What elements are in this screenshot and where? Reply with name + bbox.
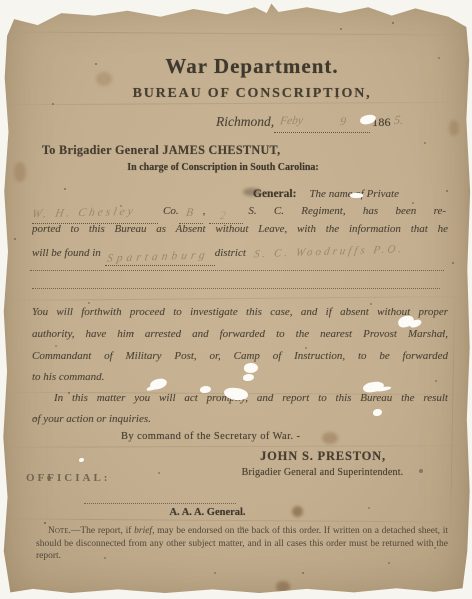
found-in-line: will be found in Spartanburg district S.…: [32, 242, 446, 269]
handwritten-year: 5.: [393, 113, 404, 128]
company-label: Co.: [163, 205, 179, 217]
aaa-general-line: A. A. A. General.: [145, 507, 270, 518]
regiment-text: S. C. Regiment, has been re-: [248, 205, 446, 217]
blank-rule: [30, 270, 444, 271]
crease-line: [0, 518, 472, 522]
note-text-pre: —The report, if: [71, 526, 134, 536]
handwritten-month: Feby: [279, 115, 304, 128]
reported-line: ported to this Bureau as Absent without …: [32, 223, 448, 241]
note-paragraph: Note.—The report, if brief, may be endor…: [36, 525, 448, 563]
official-label: OFFICIAL:: [26, 472, 110, 484]
salutation: General:: [253, 188, 296, 200]
damage-spot: [350, 193, 363, 198]
crease-line: [0, 445, 472, 448]
district-fill: Spartanburg: [105, 261, 215, 266]
note-label: Note.: [48, 526, 71, 536]
crease-line: [0, 31, 472, 35]
place-label: Richmond,: [216, 114, 274, 130]
paper-specks: [0, 0, 2, 2]
stain: [276, 581, 290, 593]
crease-line: [0, 296, 472, 301]
damage-spot: [79, 458, 84, 462]
closing-line: In this matter you will act promptly, an…: [54, 392, 448, 410]
charge-line: In charge of Conscription in South Carol…: [0, 162, 446, 173]
crease-line: [0, 102, 472, 105]
document-title: War Department.: [40, 54, 464, 79]
stain: [292, 506, 303, 517]
handwritten-district: Spartanburg: [106, 249, 209, 265]
by-command-line: By command of the Secretary of War. -: [121, 431, 300, 442]
body-line: Commandant of Military Post, or, Camp of…: [32, 350, 448, 368]
stain: [322, 432, 338, 444]
crease-line-vertical: [450, 290, 455, 540]
stain: [449, 120, 459, 136]
handwritten-day: 9: [339, 116, 346, 128]
bureau-subtitle: BUREAU OF CONSCRIPTION,: [40, 86, 464, 102]
signer-title: Brigadier General and Superintendent.: [230, 467, 415, 478]
closing-line: of your action or inquiries.: [32, 413, 448, 431]
date-fill-line: Feby 9: [274, 128, 370, 133]
handwritten-regiment: 2: [219, 210, 226, 222]
handwritten-post-office: S. C. Woodruffs P.O.: [253, 242, 447, 261]
body-line: to his command.: [32, 371, 448, 389]
handwritten-name: W. H. Chesley: [31, 206, 137, 221]
body-line: authority, have him arrested and forward…: [32, 328, 448, 346]
found-in-label: will be found in: [32, 247, 101, 259]
handwritten-company: B: [185, 207, 194, 219]
comma: ,: [203, 205, 206, 217]
blank-rule: [32, 288, 440, 289]
date-line: Richmond, Feby 9 186 5.: [216, 109, 436, 136]
signature-rule: [84, 503, 236, 504]
document-paper: War Department. BUREAU OF CONSCRIPTION, …: [0, 0, 472, 599]
signer-name: JOHN S. PRESTON,: [238, 449, 408, 464]
scan-background: War Department. BUREAU OF CONSCRIPTION, …: [0, 0, 472, 599]
addressee-line: To Brigadier General JAMES CHESTNUT,: [42, 143, 280, 158]
note-text-italic: brief: [134, 526, 152, 536]
district-label: district: [215, 247, 246, 259]
body-line: You will forthwith proceed to investigat…: [32, 306, 448, 324]
